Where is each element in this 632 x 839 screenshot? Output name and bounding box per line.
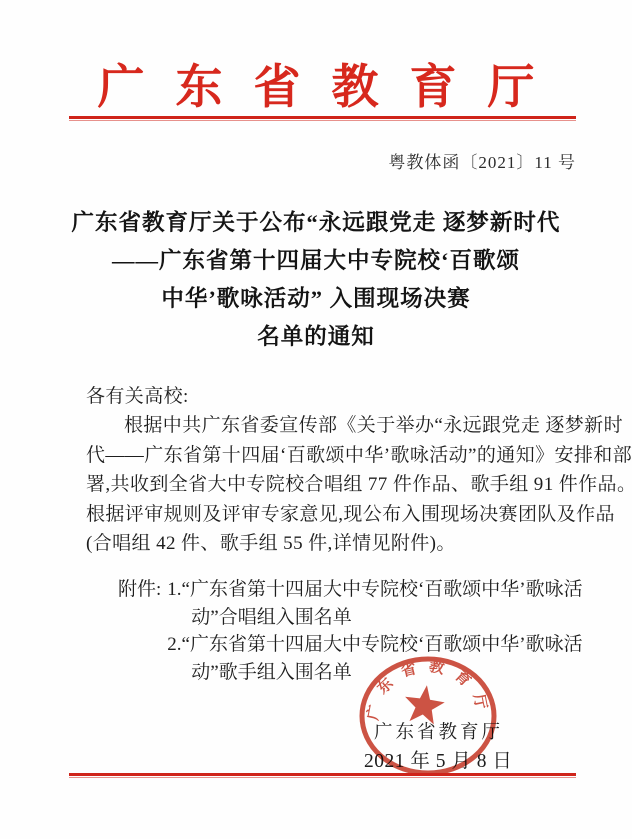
body-line-2: 代——广东省第十四届‘百歌颂中华’歌咏活动”的通知》安排和部 (86, 441, 578, 470)
attachment-1-line-1: 1.“广东省第十四届大中专院校‘百歌颂中华’歌咏活 (167, 576, 582, 604)
attachment-2-number: 2. (167, 634, 181, 655)
attachments-label: 附件: (118, 576, 161, 604)
salutation: 各有关高校: (86, 382, 578, 411)
notice-title-line-1: 广东省教育厅关于公布“永远跟党走 逐梦新时代 (0, 204, 632, 242)
notice-title-line-2: ——广东省第十四届大中专院校‘百歌颂 (0, 242, 632, 280)
attachments-list: 1.“广东省第十四届大中专院校‘百歌颂中华’歌咏活 动”合唱组入围名单 2.“广… (167, 576, 582, 686)
body-line-3: 署,共收到全省大中专院校合唱组 77 件作品、歌手组 91 件作品。 (86, 470, 578, 499)
notice-title-line-3: 中华’歌咏活动” 入围现场决赛 (0, 280, 632, 318)
document-page: 广东省教育厅 粤教体函〔2021〕11 号 广东省教育厅关于公布“永远跟党走 逐… (0, 0, 632, 839)
letterhead-agency-name: 广东省教育厅 (0, 50, 632, 117)
attachment-2-line-1: 2.“广东省第十四届大中专院校‘百歌颂中华’歌咏活 (167, 631, 582, 659)
attachment-1-line-2: 动”合唱组入围名单 (167, 604, 582, 632)
notice-body: 各有关高校: 根据中共广东省委宣传部《关于举办“永远跟党走 逐梦新时 代——广东… (86, 382, 578, 558)
attachment-item-1: 1.“广东省第十四届大中专院校‘百歌颂中华’歌咏活 动”合唱组入围名单 (167, 576, 582, 631)
body-line-1: 根据中共广东省委宣传部《关于举办“永远跟党走 逐梦新时 (86, 411, 578, 440)
footer-rule (69, 773, 576, 778)
signature-date: 2021 年 5 月 8 日 (364, 745, 512, 773)
signature-agency: 广东省教育厅 (374, 718, 503, 744)
rule-thin-line (69, 120, 576, 121)
letterhead-rule (69, 116, 576, 121)
notice-title: 广东省教育厅关于公布“永远跟党走 逐梦新时代 ——广东省第十四届大中专院校‘百歌… (0, 204, 632, 356)
body-line-4: 根据评审规则及评审专家意见,现公布入围现场决赛团队及作品 (86, 500, 578, 529)
attachments-block: 附件: 1.“广东省第十四届大中专院校‘百歌颂中华’歌咏活 动”合唱组入围名单 … (118, 576, 588, 686)
body-line-5: (合唱组 42 件、歌手组 55 件,详情见附件)。 (86, 529, 578, 558)
attachment-2-line-2: 动”歌手组入围名单 (167, 659, 582, 687)
rule-thick-line (69, 116, 576, 119)
rule-thick-line (69, 773, 576, 776)
attachment-item-2: 2.“广东省第十四届大中专院校‘百歌颂中华’歌咏活 动”歌手组入围名单 (167, 631, 582, 686)
rule-thin-line (69, 777, 576, 778)
notice-title-line-4: 名单的通知 (0, 318, 632, 356)
attachment-1-number: 1. (167, 579, 181, 600)
document-number: 粤教体函〔2021〕11 号 (388, 148, 576, 173)
